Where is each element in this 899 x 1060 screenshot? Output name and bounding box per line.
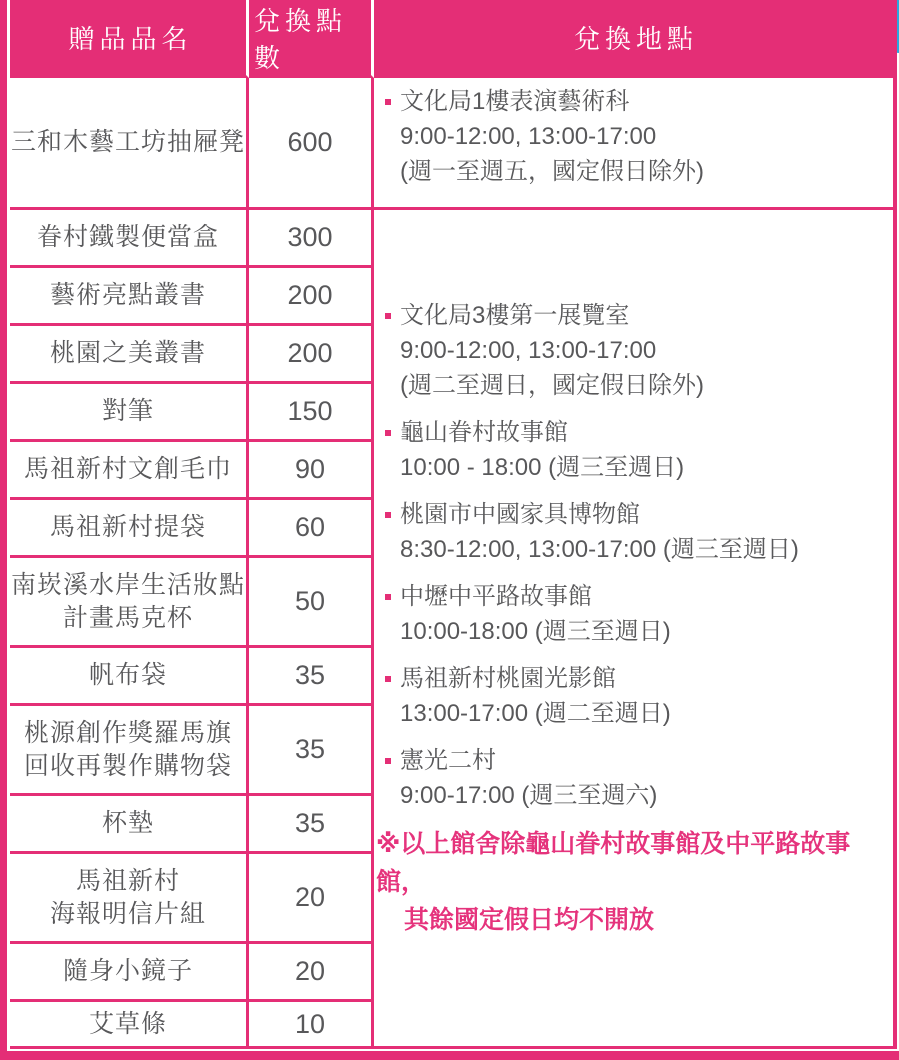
- points-cell: 60: [249, 500, 374, 558]
- holiday-note-line: 其餘國定假日均不開放: [376, 901, 893, 939]
- location-hours: 9:00-12:00, 13:00-17:00: [400, 119, 893, 154]
- location-title: 憲光二村: [400, 743, 893, 778]
- gift-name-line: 馬祖新村提袋: [50, 511, 206, 544]
- location-title: 馬祖新村桃園光影館: [400, 661, 893, 696]
- bullet-icon: [385, 313, 391, 319]
- location-title: 龜山眷村故事館: [400, 415, 893, 450]
- gift-name-cell: 藝術亮點叢書: [10, 268, 249, 326]
- gift-name-cell: 馬祖新村提袋: [10, 500, 249, 558]
- points-cell: 300: [249, 210, 374, 268]
- gift-name-cell: 杯墊: [10, 796, 249, 854]
- gift-name-line: 桃源創作獎羅馬旗: [24, 717, 232, 750]
- holiday-note-line: ※以上館舍除龜山眷村故事館及中平路故事館，: [376, 825, 893, 901]
- location-hours: 13:00-17:00 (週二至週日): [400, 696, 893, 731]
- gift-name-cell: 桃園之美叢書: [10, 326, 249, 384]
- points-cell: 90: [249, 442, 374, 500]
- gift-name-line: 計畫馬克杯: [63, 602, 193, 635]
- bullet-icon: [385, 676, 391, 682]
- redemption-table-page: 贈品品名兌換點數兌換地點三和木藝工坊抽屜凳600眷村鐵製便當盒300藝術亮點叢書…: [0, 0, 899, 1060]
- points-cell: 50: [249, 558, 374, 648]
- gift-name-line: 三和木藝工坊抽屜凳: [11, 126, 245, 159]
- bullet-icon: [385, 512, 391, 518]
- points-cell: 600: [249, 78, 374, 210]
- points-cell: 35: [249, 648, 374, 706]
- bottom-frame-band: [0, 1051, 899, 1060]
- points-cell: 200: [249, 326, 374, 384]
- location-hours: 10:00 - 18:00 (週三至週日): [400, 450, 893, 485]
- gift-name-line: 桃園之美叢書: [50, 337, 206, 370]
- bullet-icon: [385, 758, 391, 764]
- location-title: 文化局3樓第一展覽室: [400, 298, 893, 333]
- location-item: 中壢中平路故事館10:00-18:00 (週三至週日): [384, 579, 893, 649]
- location-hours: (週一至週五，國定假日除外): [400, 154, 893, 189]
- gift-name-line: 隨身小鏡子: [63, 955, 193, 988]
- gift-name-line: 回收再製作購物袋: [24, 750, 232, 783]
- gift-name-cell: 艾草條: [10, 1002, 249, 1049]
- location-hours: 8:30-12:00, 13:00-17:00 (週三至週日): [400, 532, 893, 567]
- points-cell: 150: [249, 384, 374, 442]
- points-cell: 20: [249, 944, 374, 1002]
- bullet-icon: [385, 99, 391, 105]
- gift-name-cell: 桃源創作獎羅馬旗回收再製作購物袋: [10, 706, 249, 796]
- gift-name-line: 海報明信片組: [50, 898, 206, 931]
- location-item: 文化局1樓表演藝術科9:00-12:00, 13:00-17:00(週一至週五，…: [384, 84, 893, 189]
- gift-name-cell: 三和木藝工坊抽屜凳: [10, 78, 249, 210]
- column-header-1: 贈品品名: [10, 0, 249, 78]
- gift-name-cell: 對筆: [10, 384, 249, 442]
- gift-name-cell: 南崁溪水岸生活妝點計畫馬克杯: [10, 558, 249, 648]
- location-hours: (週二至週日，國定假日除外): [400, 368, 893, 403]
- points-cell: 20: [249, 854, 374, 944]
- bullet-icon: [385, 430, 391, 436]
- holiday-note: ※以上館舍除龜山眷村故事館及中平路故事館，其餘國定假日均不開放: [376, 825, 893, 939]
- location-title: 桃園市中國家具博物館: [400, 497, 893, 532]
- gift-name-line: 對筆: [102, 395, 154, 428]
- points-cell: 35: [249, 706, 374, 796]
- location-title: 中壢中平路故事館: [400, 579, 893, 614]
- gift-name-line: 南崁溪水岸生活妝點: [11, 569, 245, 602]
- location-item: 桃園市中國家具博物館8:30-12:00, 13:00-17:00 (週三至週日…: [384, 497, 893, 567]
- gift-redemption-table: 贈品品名兌換點數兌換地點三和木藝工坊抽屜凳600眷村鐵製便當盒300藝術亮點叢書…: [10, 0, 897, 1049]
- bullet-icon: [385, 594, 391, 600]
- gift-name-line: 眷村鐵製便當盒: [37, 221, 219, 254]
- gift-name-line: 藝術亮點叢書: [50, 279, 206, 312]
- gift-name-cell: 眷村鐵製便當盒: [10, 210, 249, 268]
- gift-name-line: 馬祖新村: [76, 865, 180, 898]
- gift-name-line: 帆布袋: [89, 659, 167, 692]
- location-item: 龜山眷村故事館10:00 - 18:00 (週三至週日): [384, 415, 893, 485]
- location-item: 文化局3樓第一展覽室9:00-12:00, 13:00-17:00(週二至週日，…: [384, 298, 893, 403]
- points-cell: 35: [249, 796, 374, 854]
- location-item: 憲光二村9:00-17:00 (週三至週六): [384, 743, 893, 813]
- points-cell: 10: [249, 1002, 374, 1049]
- location-hours: 9:00-12:00, 13:00-17:00: [400, 333, 893, 368]
- location-cell-span: 文化局3樓第一展覽室9:00-12:00, 13:00-17:00(週二至週日，…: [374, 210, 893, 1049]
- gift-name-cell: 隨身小鏡子: [10, 944, 249, 1002]
- location-title: 文化局1樓表演藝術科: [400, 84, 893, 119]
- column-header-2: 兌換點數: [249, 0, 374, 78]
- left-frame-band: [0, 0, 7, 1060]
- location-hours: 9:00-17:00 (週三至週六): [400, 778, 893, 813]
- column-header-3: 兌換地點: [374, 0, 893, 78]
- location-hours: 10:00-18:00 (週三至週日): [400, 614, 893, 649]
- gift-name-line: 馬祖新村文創毛巾: [24, 453, 232, 486]
- location-cell-row1: 文化局1樓表演藝術科9:00-12:00, 13:00-17:00(週一至週五，…: [374, 78, 893, 210]
- gift-name-cell: 帆布袋: [10, 648, 249, 706]
- location-item: 馬祖新村桃園光影館13:00-17:00 (週二至週日): [384, 661, 893, 731]
- gift-name-line: 艾草條: [89, 1008, 167, 1041]
- gift-name-cell: 馬祖新村海報明信片組: [10, 854, 249, 944]
- gift-name-cell: 馬祖新村文創毛巾: [10, 442, 249, 500]
- gift-name-line: 杯墊: [102, 807, 154, 840]
- points-cell: 200: [249, 268, 374, 326]
